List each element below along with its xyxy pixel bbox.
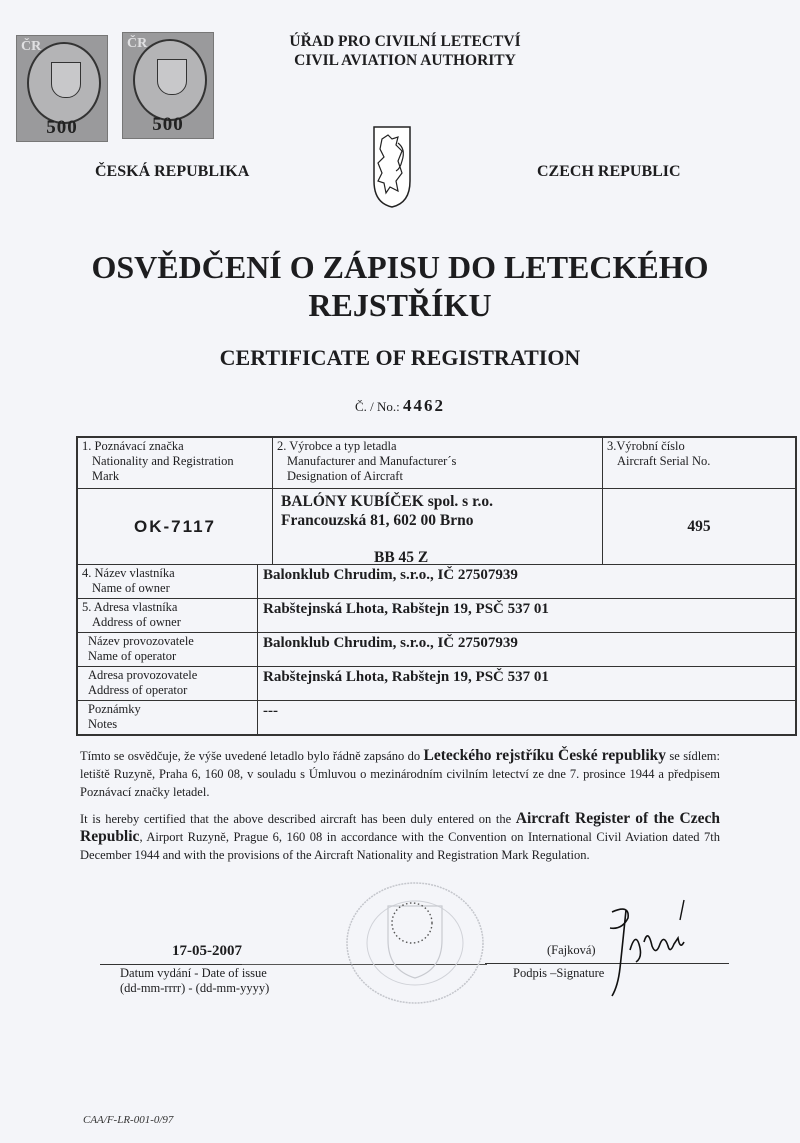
date-label: Datum vydání - Date of issue	[120, 966, 269, 981]
text: It is hereby certified that the above de…	[80, 812, 516, 826]
coat-of-arms-icon	[51, 62, 81, 98]
title-line-2: REJSTŘÍKU	[0, 286, 800, 324]
manufacturer-value: BALÓNY KUBÍČEK spol. s r.o. Francouzská …	[273, 489, 603, 564]
authority-name-cz: ÚŘAD PRO CIVILNÍ LETECTVÍ	[255, 32, 555, 51]
certificate-number-label: Č. / No.:	[355, 399, 400, 414]
label-cz: Poznámky	[88, 702, 253, 717]
document-title-en: CERTIFICATE OF REGISTRATION	[0, 345, 800, 371]
label-en: Designation of Aircraft	[277, 469, 598, 484]
country-name-cz: ČESKÁ REPUBLIKA	[95, 163, 249, 181]
revenue-stamp-1: ČR 500	[16, 35, 108, 142]
certification-text-cz: Tímto se osvědčuje, že výše uvedené leta…	[80, 747, 720, 801]
revenue-stamp-2: ČR 500	[122, 32, 214, 139]
czech-lion-coat-of-arms-icon	[372, 125, 412, 209]
label-cz: Název provozovatele	[88, 634, 253, 649]
issuing-authority: ÚŘAD PRO CIVILNÍ LETECTVÍ CIVIL AVIATION…	[255, 32, 555, 70]
label-cz: 5. Adresa vlastníka	[82, 600, 253, 615]
title-line-1: OSVĚDČENÍ O ZÁPISU DO LETECKÉHO	[0, 248, 800, 286]
stamp-value: 500	[17, 117, 107, 139]
table-row: Adresa provozovateleAddress of operator …	[78, 667, 795, 701]
manufacturer-label: 2. Výrobce a typ letadla Manufacturer an…	[273, 438, 603, 488]
certification-text-en: It is hereby certified that the above de…	[80, 810, 720, 864]
row-label: PoznámkyNotes	[78, 701, 258, 734]
label-en: Name of operator	[88, 649, 253, 664]
signature-label: Podpis –Signature	[513, 966, 604, 981]
label-en: Mark	[82, 469, 268, 484]
label-cz: 3.Výrobní číslo	[607, 439, 791, 454]
document-title-cz: OSVĚDČENÍ O ZÁPISU DO LETECKÉHO REJSTŘÍK…	[0, 248, 800, 324]
label-en: Manufacturer and Manufacturer´s	[277, 454, 598, 469]
coat-of-arms-icon	[157, 59, 187, 95]
label-en: Address of owner	[82, 615, 253, 630]
text: Tímto se osvědčuje, že výše uvedené leta…	[80, 749, 424, 763]
issue-date: 17-05-2007	[172, 943, 242, 960]
label-en: Name of owner	[82, 581, 253, 596]
table-row: 5. Adresa vlastníkaAddress of owner Rabš…	[78, 599, 795, 633]
owner-name-value: Balonklub Chrudim, s.r.o., IČ 27507939	[258, 565, 795, 598]
registration-table: 1. Poznávací značka Nationality and Regi…	[76, 436, 797, 736]
label-en: Address of operator	[88, 683, 253, 698]
authority-name-en: CIVIL AVIATION AUTHORITY	[255, 51, 555, 70]
table-row: Název provozovateleName of operator Balo…	[78, 633, 795, 667]
table-header-row: 1. Poznávací značka Nationality and Regi…	[78, 438, 795, 489]
row-label: Adresa provozovateleAddress of operator	[78, 667, 258, 700]
manufacturer-name: BALÓNY KUBÍČEK spol. s r.o.	[281, 492, 594, 511]
manufacturer-address: Francouzská 81, 602 00 Brno	[281, 511, 594, 530]
serial-number-value: 495	[603, 489, 795, 564]
operator-name-value: Balonklub Chrudim, s.r.o., IČ 27507939	[258, 633, 795, 666]
stamp-value: 500	[123, 114, 213, 136]
text: , Airport Ruzyně, Prague 6, 160 08 in ac…	[80, 830, 720, 862]
table-row: 4. Název vlastníkaName of owner Balonklu…	[78, 565, 795, 599]
registration-mark-label: 1. Poznávací značka Nationality and Regi…	[78, 438, 273, 488]
table-row: PoznámkyNotes ---	[78, 701, 795, 734]
table-value-row: OK-7117 BALÓNY KUBÍČEK spol. s r.o. Fran…	[78, 489, 795, 565]
label-en: Nationality and Registration	[82, 454, 268, 469]
divider	[100, 964, 242, 965]
row-label: 5. Adresa vlastníkaAddress of owner	[78, 599, 258, 632]
serial-number-label: 3.Výrobní číslo Aircraft Serial No.	[603, 438, 795, 488]
label-cz: 4. Název vlastníka	[82, 566, 253, 581]
country-name-en: CZECH REPUBLIC	[537, 163, 681, 181]
label-en: Aircraft Serial No.	[607, 454, 791, 469]
date-format-label: (dd-mm-rrrr) - (dd-mm-yyyy)	[120, 981, 269, 996]
certificate-number: Č. / No.: 4462	[0, 396, 800, 416]
signer-name: (Fajková)	[547, 943, 596, 958]
label-cz: 1. Poznávací značka	[82, 439, 268, 454]
notes-value: ---	[258, 701, 795, 734]
row-label: 4. Název vlastníkaName of owner	[78, 565, 258, 598]
label-en: Notes	[88, 717, 253, 732]
label-cz: 2. Výrobce a typ letadla	[277, 439, 598, 454]
label-cz: Adresa provozovatele	[88, 668, 253, 683]
owner-address-value: Rabštejnská Lhota, Rabštejn 19, PSČ 537 …	[258, 599, 795, 632]
handwritten-signature-icon	[600, 890, 730, 1000]
registration-mark-value: OK-7117	[78, 489, 273, 564]
issue-date-label: Datum vydání - Date of issue (dd-mm-rrrr…	[120, 966, 269, 996]
official-seal-icon	[340, 878, 490, 1008]
form-code: CAA/F-LR-001-0/97	[83, 1114, 173, 1126]
certificate-number-value: 4462	[403, 396, 445, 415]
register-name-cz: Leteckého rejstříku České republiky	[424, 747, 667, 764]
operator-address-value: Rabštejnská Lhota, Rabštejn 19, PSČ 537 …	[258, 667, 795, 700]
row-label: Název provozovateleName of operator	[78, 633, 258, 666]
